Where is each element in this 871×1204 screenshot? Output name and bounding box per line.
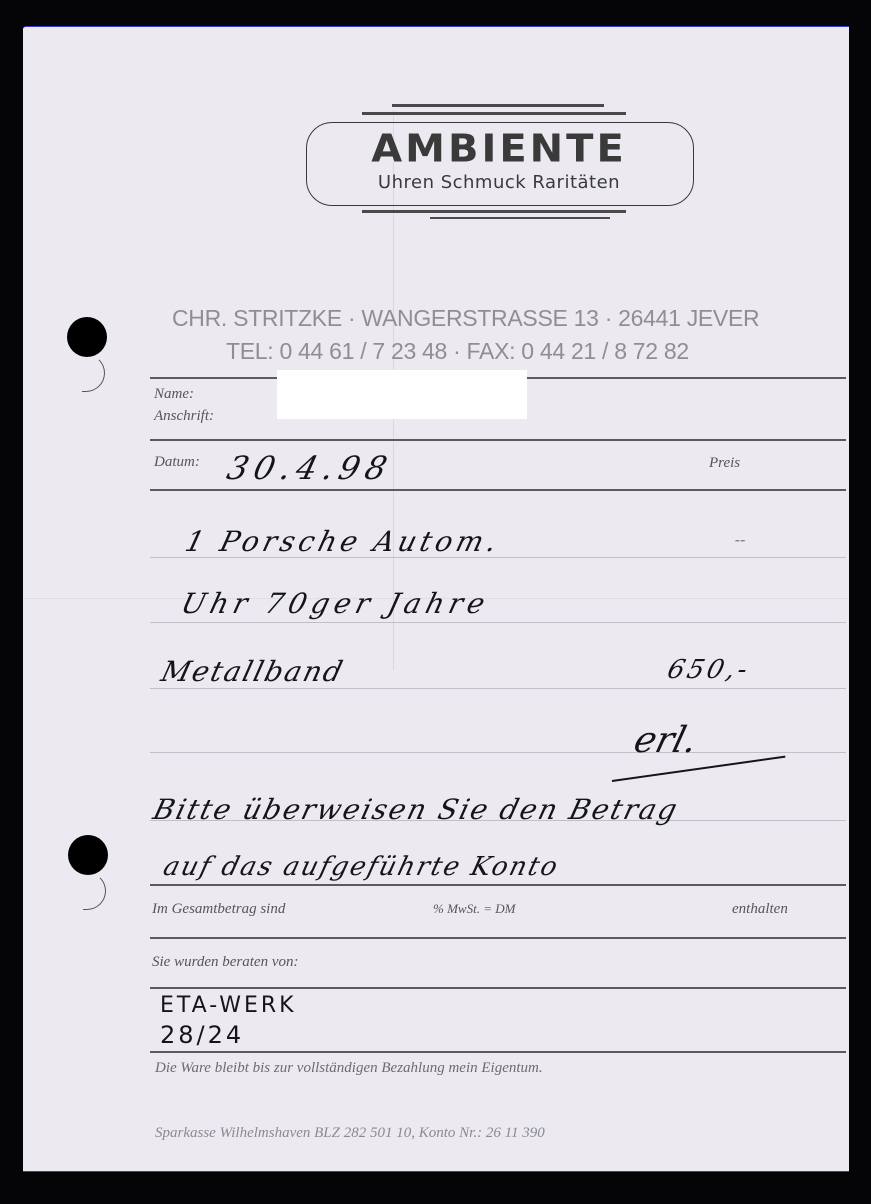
form-rule xyxy=(150,987,846,989)
price-label: Preis xyxy=(709,455,740,472)
punch-hole xyxy=(67,317,107,357)
form-rule xyxy=(150,752,846,753)
vat-label-middle: % MwSt. = DM xyxy=(433,901,515,917)
form-rule xyxy=(150,884,846,886)
item-line-2: Uhr 70ger Jahre xyxy=(178,587,493,620)
advisor-note-2: 28/24 xyxy=(160,1021,244,1049)
handwritten-date: 30.4.98 xyxy=(223,449,397,487)
form-rule xyxy=(150,937,846,939)
address-label: Anschrift: xyxy=(154,408,214,425)
item-line-1: 1 Porsche Autom. xyxy=(182,525,504,558)
advisor-label: Sie wurden beraten von: xyxy=(152,954,299,971)
company-address: CHR. STRITZKE · WANGERSTRASSE 13 · 26441… xyxy=(172,305,759,332)
form-rule xyxy=(150,489,846,491)
brand-name: AMBIENTE xyxy=(306,127,692,171)
vat-label-left: Im Gesamtbetrag sind xyxy=(152,901,285,918)
punch-hole xyxy=(68,835,108,875)
payment-note-line-1: Bitte überweisen Sie den Betrag xyxy=(150,793,682,826)
ownership-note: Die Ware bleibt bis zur vollständigen Be… xyxy=(155,1060,543,1077)
form-rule xyxy=(150,1051,846,1053)
company-contact: TEL: 0 44 61 / 7 23 48 · FAX: 0 44 21 / … xyxy=(226,338,689,365)
bank-details: Sparkasse Wilhelmshaven BLZ 282 501 10, … xyxy=(155,1125,545,1142)
date-label: Datum: xyxy=(154,454,200,471)
name-label: Name: xyxy=(154,386,194,403)
item-price-3: 650,- xyxy=(664,655,753,685)
payment-note-line-2: auf das aufgeführte Konto xyxy=(160,852,562,882)
form-rule xyxy=(150,622,846,623)
paid-mark: erl. xyxy=(630,720,702,761)
item-line-3: Metallband xyxy=(158,655,348,688)
advisor-note-1: ETA-WERK xyxy=(160,993,297,1018)
redacted-customer-info xyxy=(277,370,527,419)
vat-label-right: enthalten xyxy=(732,901,788,918)
brand-tagline: Uhren Schmuck Raritäten xyxy=(306,172,692,193)
form-rule xyxy=(150,688,846,689)
form-rule xyxy=(150,439,846,441)
